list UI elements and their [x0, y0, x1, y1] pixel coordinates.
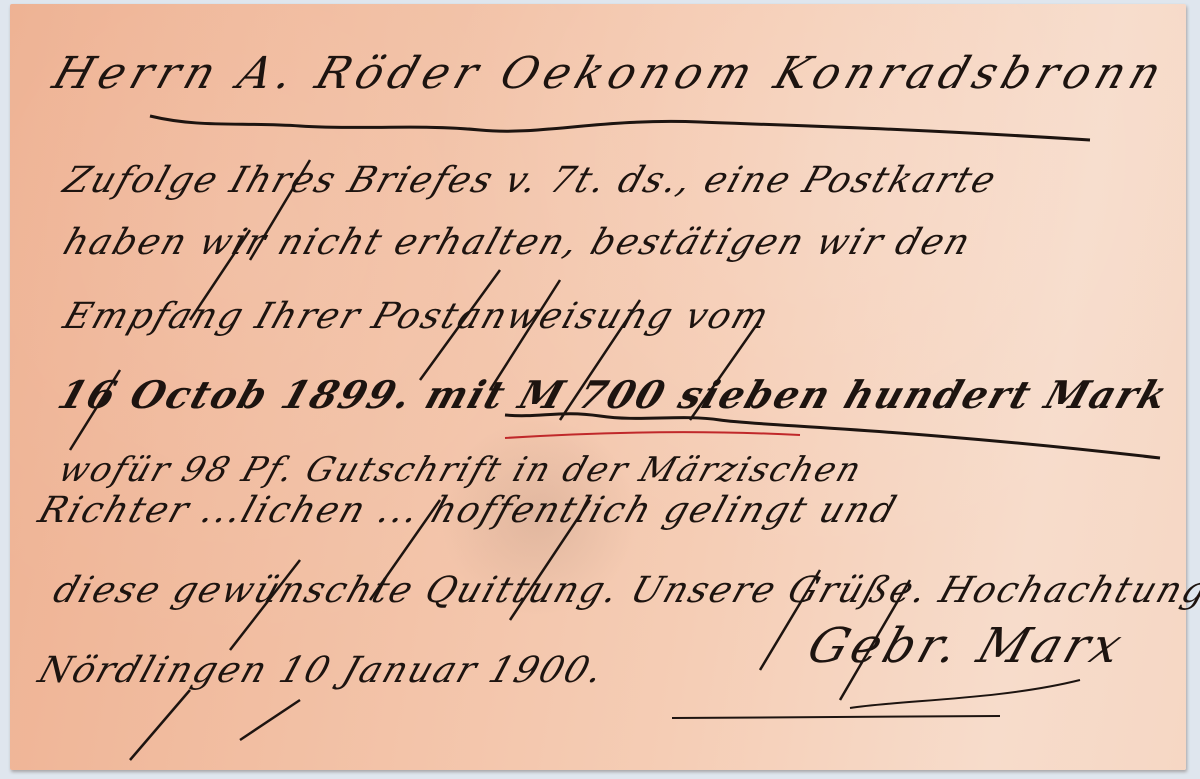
letter-line-6: Richter ...lichen ... hoffentlich geling… — [33, 490, 902, 531]
letter-line-3: Empfang Ihrer Postanweisung vom — [58, 296, 775, 337]
place-date-line: Nördlingen 10 Januar 1900. — [33, 650, 610, 691]
signature: Gebr. Marx — [801, 618, 1133, 674]
letter-line-1: Zufolge Ihres Briefes v. 7t. ds., eine P… — [58, 160, 1002, 201]
salutation-line: Herrn A. Röder Oekonom Konradsbronn — [47, 48, 1174, 99]
letter-line-2: haben wir nicht erhalten, bestätigen wir… — [58, 222, 977, 263]
letter-line-5: wofür 98 Pf. Gutschrift in der Märzische… — [54, 450, 868, 490]
letter-line-7: diese gewünschte Quittung. Unsere Grüße.… — [48, 570, 1200, 611]
letter-line-4-amount: 16 Octob 1899. mit M 700 sieben hundert … — [53, 372, 1175, 417]
